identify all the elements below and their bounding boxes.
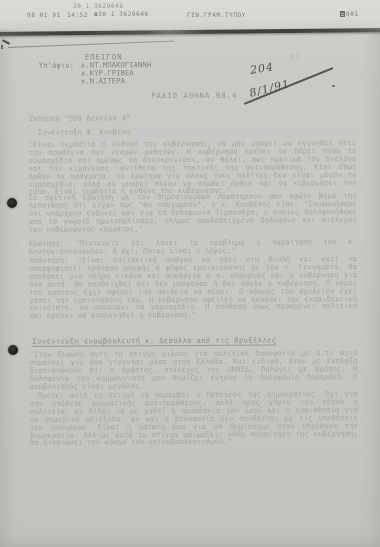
paragraph-2: Σε σχετική ερώτηση με τον δημοσιογράφο π… xyxy=(29,192,357,233)
interview-answer: Απάντηση: "Είναι επιτακτική ανάγκη να πά… xyxy=(29,255,357,320)
faint-corner-mark: 07 xyxy=(290,53,300,61)
paragraph-5: Πρέπει αυτή τη στιγμή να παρέμβει ο Πρόε… xyxy=(30,390,358,447)
memo-body: ΕΠΕΙΓΟΝ Υπ'όψιν: κ.ΝΤ.ΜΠΑΚΟΓΙΑΝΝΗ κ.ΚΥΡ.… xyxy=(0,0,380,547)
station-title: ΡΑΔΙΟ ΑΘΗΝΑ 98,4 xyxy=(151,92,237,100)
recipient-3: κ.Ν.ΑΣΤΕΡΑ xyxy=(81,77,125,85)
segment-title: - Συνέντευξη Φ. Κουβέλη xyxy=(29,128,130,136)
scanned-fax-page: 30 1 3629646 08 01 91 14:52 ☎30 1 362964… xyxy=(0,0,380,547)
paragraph-quote-4: "Στην Ευρώπη αυτή τη στιγμή μιλούν για π… xyxy=(29,349,357,390)
attention-label: Υπ'όψιν: xyxy=(39,62,74,70)
paragraph-quote-1: "Είναι τεράστια η ευθύνη της κυβέρνησης,… xyxy=(28,139,356,196)
interview-question: Ερώτηση: "Πιστεύετε ότι λύνει το πρόβλημ… xyxy=(29,238,357,256)
program-title: Εκπομπή "998 Δευτέρα 4" xyxy=(29,114,130,122)
subheading-brussels-interview: Συνέντευξη ευρωβουλευτή κ. Δεσύλλα από τ… xyxy=(32,336,276,346)
